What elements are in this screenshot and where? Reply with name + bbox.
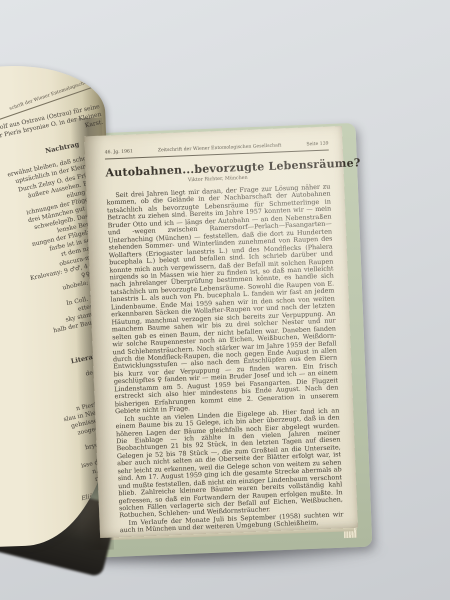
page-number: Seite 139: [306, 142, 328, 148]
right-page: 46. Jg. 1961 Zeitschrift der Wiener Ento…: [84, 126, 358, 538]
article-body: Seit drei Jahren liegt mir daran, der Fr…: [106, 184, 344, 536]
journal-name: Zeitschrift der Wiener Entomologischen G…: [158, 143, 282, 153]
body-paragraph: Ich suchte an vielen Linden die Eigelege…: [115, 407, 343, 520]
body-paragraph: Seit drei Jahren liegt mir daran, der Fr…: [106, 184, 339, 416]
running-header: 46. Jg. 1961 Zeitschrift der Wiener Ento…: [105, 142, 329, 159]
right-page-text-column: 46. Jg. 1961 Zeitschrift der Wiener Ento…: [105, 142, 344, 538]
volume-year: 46. Jg. 1961: [105, 149, 133, 155]
book-photo: schrift der Wiener Entomologischen Ge ol…: [0, 0, 450, 600]
